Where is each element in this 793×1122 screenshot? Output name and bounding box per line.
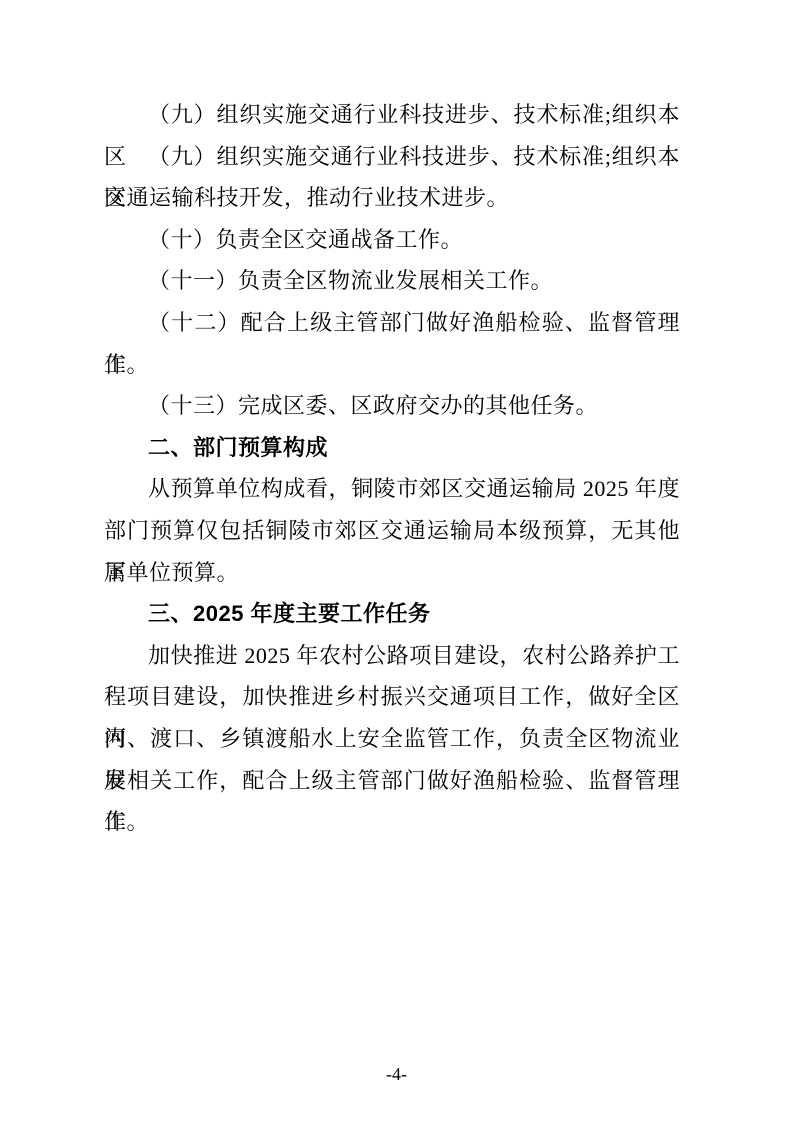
text-line: （十一）负责全区物流业发展相关工作。 xyxy=(104,260,680,302)
text-line: 从预算单位构成看，铜陵市郊区交通运输局 2025 年度 xyxy=(104,468,680,510)
section-heading: 三、2025 年度主要工作任务 xyxy=(104,593,680,635)
text-line: （九）组织实施交通行业科技进步、技术标准;组织本区 xyxy=(104,136,680,178)
text-line: 作。 xyxy=(104,344,680,386)
text-line: 加快推进 2025 年农村公路项目建设，农村公路养护工 xyxy=(104,635,680,677)
text-line: 作。 xyxy=(104,801,680,843)
text-line: 河、渡口、乡镇渡船水上安全监管工作，负责全区物流业发 xyxy=(104,718,680,760)
text-lines: （九）组织实施交通行业科技进步、技术标准;组织本区（九）组织实施交通行业科技进步… xyxy=(104,94,680,843)
text-line: 部门预算仅包括铜陵市郊区交通运输局本级预算，无其他下 xyxy=(104,510,680,552)
text-line: 展相关工作，配合上级主管部门做好渔船检验、监督管理工 xyxy=(104,760,680,802)
text-line: 属单位预算。 xyxy=(104,552,680,594)
text-line: （十二）配合上级主管部门做好渔船检验、监督管理工 xyxy=(104,302,680,344)
section-heading: 二、部门预算构成 xyxy=(104,427,680,469)
text-line: （十三）完成区委、区政府交办的其他任务。 xyxy=(104,385,680,427)
text-line: 程项目建设，加快推进乡村振兴交通项目工作，做好全区内 xyxy=(104,676,680,718)
document-page: （九）组织实施交通行业科技进步、技术标准;组织本区（九）组织实施交通行业科技进步… xyxy=(0,0,793,1122)
text-line: （九）组织实施交通行业科技进步、技术标准;组织本区 xyxy=(104,94,680,136)
text-line: 交通运输科技开发，推动行业技术进步。 xyxy=(104,177,680,219)
text-line: （十）负责全区交通战备工作。 xyxy=(104,219,680,261)
page-number: -4- xyxy=(0,1062,793,1086)
